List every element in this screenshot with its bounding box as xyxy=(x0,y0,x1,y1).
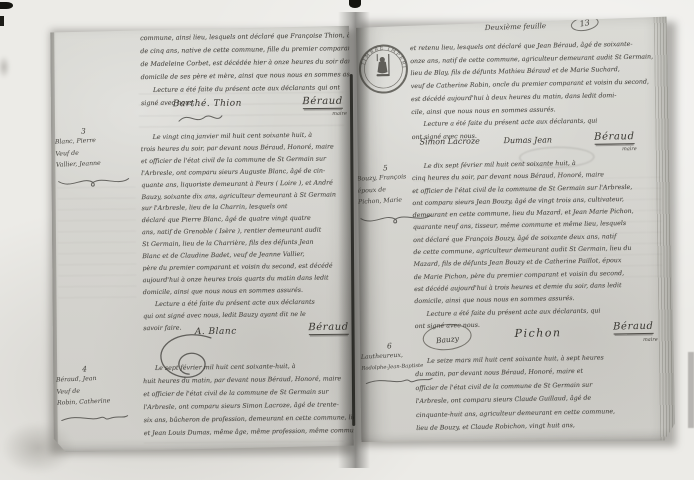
act-3-text: Le vingt cinq janvier mil huit cent soix… xyxy=(141,129,354,334)
act-5-text: Le dix sept février mil huit cent soixan… xyxy=(412,156,670,333)
spouse-name: Robin, Catherine xyxy=(57,394,141,409)
signature-declarant-2: Pichon xyxy=(515,326,562,340)
scan-smudge xyxy=(0,52,12,82)
scan-edge-mark xyxy=(0,2,13,9)
signature-declarant: Barthé. Thion xyxy=(173,99,242,110)
signature-paraph xyxy=(175,111,225,125)
act-6-text: Le seize mars mil huit cent soixante hui… xyxy=(415,350,667,435)
margin-note-act-4: 4 Béraud, Jean Veuf de Robin, Catherine xyxy=(55,362,141,409)
right-page: Deuxième feuille 13 TIMBRE IMPÉRIAL et r… xyxy=(355,17,676,446)
stamp-figure xyxy=(376,54,389,76)
mayor-title: maire xyxy=(643,337,658,343)
mayor-title: maire xyxy=(332,111,347,117)
folio-number: 13 xyxy=(570,14,600,33)
act-2-signature-row: Barthé. Thion Béraud maire xyxy=(141,96,349,126)
page-header: Deuxième feuille 13 xyxy=(485,17,675,32)
scan-edge-mark xyxy=(0,16,4,26)
left-page: commune, ainsi lieu, lesquels ont déclar… xyxy=(50,26,354,453)
act-4-text: Le sept février mil huit cent soixante-h… xyxy=(143,359,356,440)
signature-mayor: Béraud xyxy=(302,96,343,109)
signature-mayor: Béraud xyxy=(594,131,635,145)
signature-declarant-2: Dumas Jean xyxy=(504,135,553,145)
scan-edge-mark xyxy=(688,352,694,428)
scan-edge-mark xyxy=(349,0,361,8)
register-scan: commune, ainsi lieu, lesquels ont déclar… xyxy=(0,0,694,480)
margin-note-act-3: 3 Blanc, Pierre Veuf de Vallier, Jeanne xyxy=(54,124,140,171)
signature-mayor: Béraud xyxy=(613,321,654,335)
bleed-through-text xyxy=(57,178,136,299)
signature-declarant-1: Simon Lacroze xyxy=(420,137,480,147)
spouse-name: Vallier, Jeanne xyxy=(56,156,140,171)
mayor-title: maire xyxy=(622,146,637,152)
signature-mayor: Béraud xyxy=(308,322,349,335)
act-4-ending-text: et retenu lieu, lesquels ont déclaré que… xyxy=(410,38,667,145)
imperial-stamp-icon: TIMBRE IMPÉRIAL xyxy=(357,41,410,98)
margin-flourish xyxy=(56,172,131,191)
act-5-signature-row: Bauzy Pichon Béraud maire xyxy=(414,319,669,351)
scan-smudge xyxy=(0,412,88,480)
